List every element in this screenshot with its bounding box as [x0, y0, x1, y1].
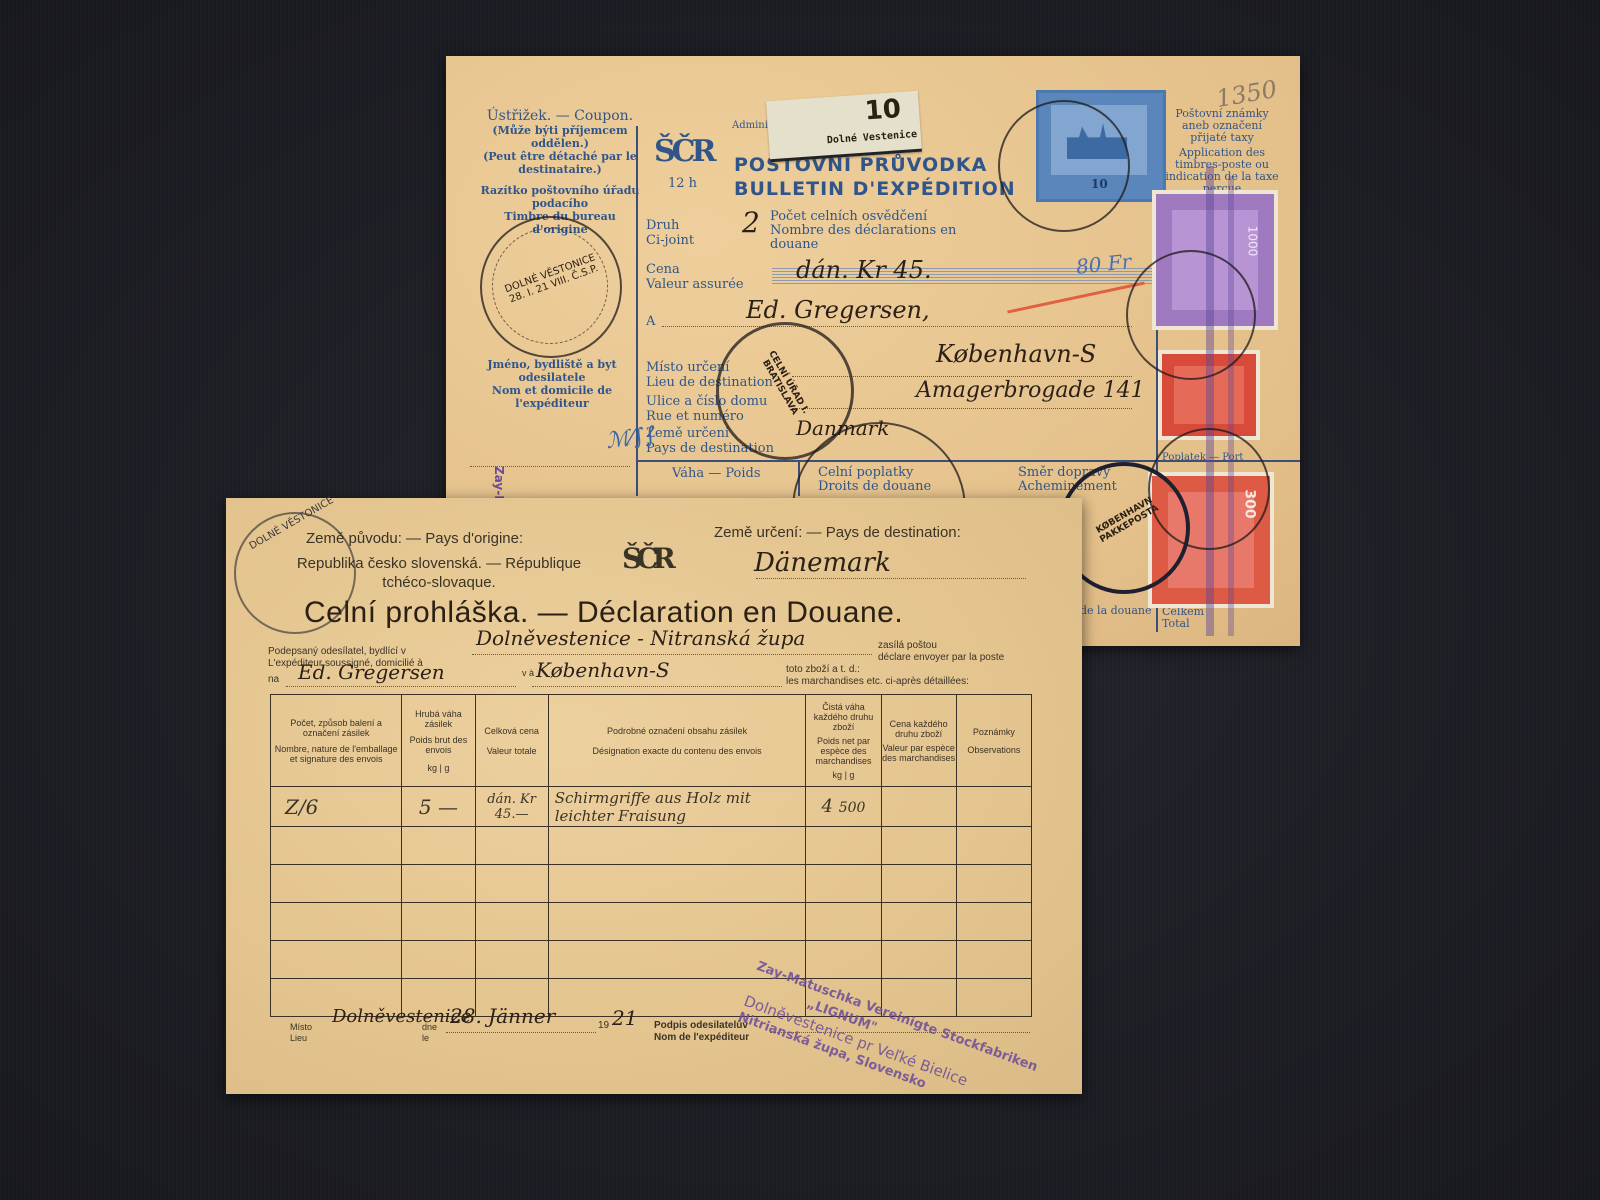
- copenhagen-postmark-text: KØBENHAVN PAKKEPOSTA: [1083, 489, 1171, 551]
- g-label: g: [444, 763, 449, 773]
- stamp-column-heading: Poštovní známky aneb označení přijaté ta…: [1162, 108, 1282, 195]
- g-label: g: [849, 770, 854, 780]
- header-count: Počet, způsob balení a označení zásilekN…: [271, 695, 402, 787]
- v-label: v à: [522, 668, 534, 678]
- goods-label-cz: toto zboží a t. d.:: [786, 664, 969, 676]
- recipient-line: [662, 326, 1132, 327]
- header-gross-weight: Hrubá váha zásilekPoids brut des envoisk…: [402, 695, 475, 787]
- stamp-heading-fr: Application des timbres-poste ou indicat…: [1162, 147, 1282, 195]
- cena-label-cz: Cena: [646, 262, 744, 277]
- kg-g: kg | g: [806, 770, 880, 780]
- date-label: dne le: [422, 1022, 437, 1044]
- header-fr: Valeur par espèce des marchandises: [882, 743, 956, 763]
- goods-table: Počet, způsob balení a označení zásilekN…: [270, 694, 1032, 1017]
- header-net-weight: Čistá váha každého druhu zbožíPoids net …: [806, 695, 881, 787]
- header-fr: Poids net par espèce des marchandises: [806, 736, 880, 766]
- date-value: 28. Jänner: [450, 1004, 555, 1028]
- cena-value: dán. Kr 45.: [796, 256, 932, 284]
- total-label: Celkem Total: [1162, 606, 1204, 630]
- header-fr: Désignation exacte du contenu des envois: [549, 746, 806, 756]
- place-label-fr: Lieu: [290, 1033, 312, 1044]
- pen-cancel-line: [1206, 166, 1214, 636]
- druh-value: 2: [742, 206, 760, 239]
- header-cz: Hrubá váha zásilek: [402, 709, 474, 729]
- stamp-value: 1000: [1246, 226, 1260, 257]
- destination-label: Země určení: — Pays de destination:: [714, 524, 961, 541]
- signature-label-cz: Podpis odesilatelův: [654, 1020, 749, 1032]
- sender-label-cz: Jméno, bydliště a byt odesilatele: [466, 358, 638, 384]
- origin-value: Republika česko slovenská. — République …: [274, 554, 604, 592]
- header-fr: Nombre, nature de l'emballage et signatu…: [271, 744, 401, 764]
- coupon-stamp-label-cz: Razítko poštovního úřadu podacího: [480, 184, 640, 210]
- table-row: [271, 865, 1032, 903]
- date-label-cz: dne: [422, 1022, 437, 1033]
- destination-line: [756, 578, 1026, 579]
- cell-description: Schirmgriffe aus Holz mit leichter Frais…: [548, 787, 806, 827]
- gross-kg: 5: [419, 795, 432, 819]
- header-cz: Celková cena: [476, 726, 548, 736]
- field-a-label: A: [646, 314, 655, 329]
- sends-label-fr: déclare envoyer par la poste: [878, 652, 1004, 664]
- kg-g: kg | g: [402, 763, 474, 773]
- kg-label: kg: [428, 763, 438, 773]
- druh-label-fr: Ci-joint: [646, 233, 694, 248]
- weight-label: Váha — Poids: [672, 466, 761, 481]
- total-label-fr: Total: [1162, 618, 1204, 630]
- declaration-count-label: Počet celních osvědčení Nombre des décla…: [770, 210, 960, 252]
- cell-net: 4 500: [806, 787, 881, 827]
- sender-place-line: [472, 654, 872, 655]
- header-cz: Počet, způsob balení a označení zásilek: [271, 718, 401, 738]
- date-line: [446, 1032, 596, 1033]
- header-fr: Poids brut des envois: [402, 735, 474, 755]
- place-label-cz: Místo: [290, 1022, 312, 1033]
- card-price: 12 h: [668, 176, 697, 191]
- recipient-line-2: [286, 686, 516, 687]
- origin-label: Země původu: — Pays d'origine:: [306, 530, 523, 547]
- field-druh: Druh Ci-joint: [646, 218, 694, 248]
- header-total-value: Celková cenaValeur totale: [475, 695, 548, 787]
- kg-label: kg: [833, 770, 843, 780]
- customs-declaration-card: DOLNÉ VĚSTONICE Země původu: — Pays d'or…: [226, 498, 1082, 1094]
- signature-label-fr: Nom de l'expéditeur: [654, 1032, 749, 1044]
- header-cz: Čistá váha každého druhu zboží: [806, 702, 880, 732]
- table-row: [271, 903, 1032, 941]
- table-row: Z/6 5 — dán. Kr 45.— Schirmgriffe aus Ho…: [271, 787, 1032, 827]
- place-label: Místo Lieu: [290, 1022, 312, 1044]
- coupon-note-cz: (Může býti příjemcem oddělen.): [480, 124, 640, 150]
- stamp-heading-cz: Poštovní známky aneb označení přijaté ta…: [1162, 108, 1282, 144]
- red-crayon-stroke: [1007, 281, 1145, 313]
- year-value: 21: [612, 1006, 637, 1030]
- douane-label: de la douane: [1080, 604, 1152, 617]
- count-label-cz: Počet celních osvědčení: [770, 210, 960, 224]
- header-fr: Valeur totale: [476, 746, 548, 756]
- cell-gross: 5 —: [402, 787, 475, 827]
- date-label-fr: le: [422, 1033, 437, 1044]
- table-header-row: Počet, způsob balení a označení zásilekN…: [271, 695, 1032, 787]
- table-row: [271, 941, 1032, 979]
- label-number: 10: [864, 94, 902, 126]
- customs-postmark-text: CELNÍ ÚŘAD I. BRATISLAVA: [748, 332, 820, 437]
- csr-logo-2: ŠČR: [622, 542, 670, 575]
- sender-label-cz: Podepsaný odesílatel, bydlící v: [268, 646, 423, 658]
- csr-logo: ŠČR: [654, 134, 712, 169]
- declaration-title: Celní prohláška. — Déclaration en Douane…: [304, 596, 903, 630]
- destination-value: Dänemark: [754, 548, 891, 578]
- header-fr: Observations: [957, 745, 1031, 755]
- recipient-place-line: [532, 686, 782, 687]
- recipient-name: Ed. Gregersen,: [746, 296, 930, 324]
- coupon-title: Ústřižek. — Coupon.: [480, 108, 640, 124]
- header-cz: Podrobné označení obsahu zásilek: [549, 726, 806, 736]
- sender-place: Dolněvestenice - Nitranská župa: [476, 626, 805, 650]
- stamp-postmark: [1126, 250, 1256, 380]
- net-g: 500: [839, 800, 866, 816]
- year-prefix: 19: [598, 1020, 609, 1031]
- recipient-2: Ed. Gregersen: [298, 660, 445, 684]
- net-kg: 4: [822, 796, 833, 817]
- sender-line: [470, 466, 630, 467]
- na-label: na: [268, 674, 279, 685]
- field-cena: Cena Valeur assurée: [646, 262, 744, 292]
- label-place: Dolné Vestenice: [827, 129, 918, 146]
- origin-postmark: DOLNÉ VĚSTONICE 28. I. 21 VIII. Č.S.P.: [480, 216, 622, 358]
- title-fr: BULLETIN D'EXPÉDITION: [734, 178, 1016, 200]
- pen-cancel-line: [1228, 176, 1234, 636]
- destination-city: København-S: [936, 340, 1096, 368]
- sends-label-cz: zasílá poštou: [878, 640, 1004, 652]
- recipient-place-2: København-S: [536, 658, 670, 682]
- druh-label-cz: Druh: [646, 218, 694, 233]
- registration-label: 10 Dolné Vestenice: [766, 91, 922, 162]
- gross-g: —: [438, 795, 458, 819]
- cell-value: dán. Kr 45.—: [475, 787, 548, 827]
- card-postmark: [998, 100, 1130, 232]
- cell-notes: [956, 787, 1031, 827]
- table-row: [271, 827, 1032, 865]
- count-label-fr: Nombre des déclarations en douane: [770, 224, 960, 252]
- header-notes: PoznámkyObservations: [956, 695, 1031, 787]
- cell-price: [881, 787, 956, 827]
- header-description: Podrobné označení obsahu zásilekDésignat…: [548, 695, 806, 787]
- goods-label-fr: les marchandises etc. ci-après détaillée…: [786, 676, 969, 688]
- sender-label-fr: Nom et domicile de l'expéditeur: [466, 384, 638, 410]
- cena-label-fr: Valeur assurée: [646, 277, 744, 292]
- sender-label: Jméno, bydliště a byt odesilatele Nom et…: [466, 358, 638, 410]
- street-value: Amagerbrogade 141: [916, 378, 1145, 403]
- cell-count: Z/6: [271, 787, 402, 827]
- header-cz: Poznámky: [957, 727, 1031, 737]
- sends-label: zasílá poštou déclare envoyer par la pos…: [878, 640, 1004, 664]
- coupon-note-fr: (Peut être détaché par le destinataire.): [480, 150, 640, 176]
- goods-label: toto zboží a t. d.: les marchandises etc…: [786, 664, 969, 688]
- header-cz: Cena každého druhu zboží: [882, 719, 956, 739]
- header-price: Cena každého druhu zbožíValeur par espèc…: [881, 695, 956, 787]
